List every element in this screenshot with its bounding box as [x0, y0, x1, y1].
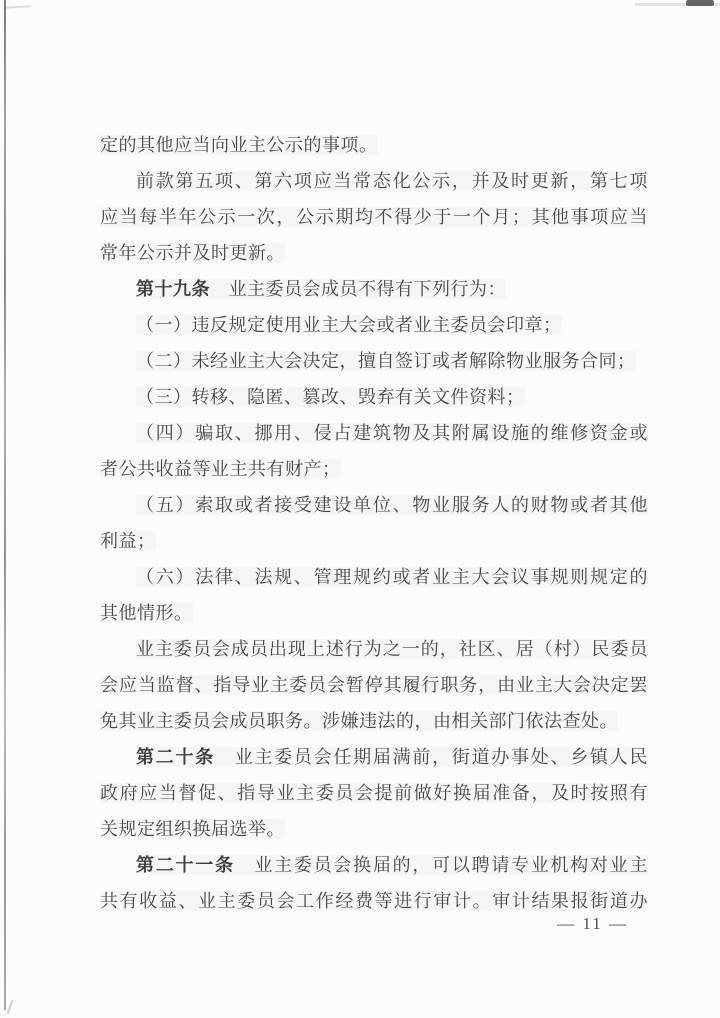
document-line: 免其业主委员会成员职务。涉嫌违法的，由相关部门依法查处。 [100, 703, 648, 739]
line-text: 关规定组织换届选举。 [100, 819, 285, 839]
line-text: （三）转移、隐匿、篡改、毁弃有关文件资料； [136, 387, 525, 407]
document-line: （二）未经业主大会决定，擅自签订或者解除物业服务合同； [100, 343, 648, 379]
document-line: 第二十一条 业主委员会换届的，可以聘请专业机构对业主 [100, 847, 648, 883]
scan-artifact-top-right-mark [686, 0, 714, 6]
line-text: 常年公示并及时更新。 [100, 243, 285, 263]
line-text: 其他情形。 [100, 603, 193, 623]
document-line: （三）转移、隐匿、篡改、毁弃有关文件资料； [100, 379, 648, 415]
line-text: （二）未经业主大会决定，擅自签订或者解除物业服务合同； [136, 351, 636, 371]
scan-artifact-bottom-left [7, 1000, 13, 1014]
line-text: 第二十一条 业主委员会换届的，可以聘请专业机构对业主 [136, 855, 648, 875]
document-line: 关规定组织换届选举。 [100, 811, 648, 847]
scan-artifact-top-left [6, 5, 30, 8]
document-line: 应当每半年公示一次，公示期均不得少于一个月；其他事项应当 [100, 199, 648, 235]
document-line: 政府应当督促、指导业主委员会提前做好换届准备，及时按照有 [100, 775, 648, 811]
document-line: （六）法律、法规、管理规约或者业主大会议事规则规定的 [100, 559, 648, 595]
line-text: 免其业主委员会成员职务。涉嫌违法的，由相关部门依法查处。 [100, 711, 618, 731]
line-text: 者公共收益等业主共有财产； [100, 459, 341, 479]
document-page: 定的其他应当向业主公示的事项。前款第五项、第六项应当常态化公示，并及时更新，第七… [0, 0, 720, 1018]
line-text: （六）法律、法规、管理规约或者业主大会议事规则规定的 [136, 567, 648, 587]
document-line: 第十九条 业主委员会成员不得有下列行为： [100, 271, 648, 307]
document-line: （一）违反规定使用业主大会或者业主委员会印章； [100, 307, 648, 343]
document-line: 其他情形。 [100, 595, 648, 631]
page-number: — 11 — [557, 913, 628, 935]
line-text: 利益； [100, 531, 156, 551]
line-text: 政府应当督促、指导业主委员会提前做好换届准备，及时按照有 [100, 783, 648, 803]
document-line: （四）骗取、挪用、侵占建筑物及其附属设施的维修资金或 [100, 415, 648, 451]
document-line: 第二十条 业主委员会任期届满前，街道办事处、乡镇人民 [100, 739, 648, 775]
document-line: 利益； [100, 523, 648, 559]
document-line: 业主委员会成员出现上述行为之一的，社区、居（村）民委员 [100, 631, 648, 667]
document-line: 前款第五项、第六项应当常态化公示，并及时更新，第七项 [100, 163, 648, 199]
article-number: 第十九条 [136, 279, 210, 299]
line-text: 定的其他应当向业主公示的事项。 [100, 135, 378, 155]
line-text: 应当每半年公示一次，公示期均不得少于一个月；其他事项应当 [100, 207, 648, 227]
line-text: （四）骗取、挪用、侵占建筑物及其附属设施的维修资金或 [136, 423, 648, 443]
line-text: 共有收益、业主委员会工作经费等进行审计。审计结果报街道办 [100, 891, 648, 911]
document-line: 常年公示并及时更新。 [100, 235, 648, 271]
article-number: 第二十一条 [136, 855, 235, 875]
line-text: 业主委员会成员出现上述行为之一的，社区、居（村）民委员 [136, 639, 648, 659]
article-number: 第二十条 [136, 747, 215, 767]
document-line: 会应当监督、指导业主委员会暂停其履行职务，由业主大会决定罢 [100, 667, 648, 703]
line-text: 第十九条 业主委员会成员不得有下列行为： [136, 279, 506, 299]
line-text: 会应当监督、指导业主委员会暂停其履行职务，由业主大会决定罢 [100, 675, 648, 695]
line-text: 第二十条 业主委员会任期届满前，街道办事处、乡镇人民 [136, 747, 648, 767]
scan-edge-artifact-left [4, 0, 6, 1010]
document-line: 定的其他应当向业主公示的事项。 [100, 127, 648, 163]
line-text: （五）索取或者接受建设单位、物业服务人的财物或者其他 [136, 495, 648, 515]
line-text: 前款第五项、第六项应当常态化公示，并及时更新，第七项 [136, 171, 648, 191]
line-text: （一）违反规定使用业主大会或者业主委员会印章； [136, 315, 562, 335]
document-line: 者公共收益等业主共有财产； [100, 451, 648, 487]
document-line: （五）索取或者接受建设单位、物业服务人的财物或者其他 [100, 487, 648, 523]
document-body: 定的其他应当向业主公示的事项。前款第五项、第六项应当常态化公示，并及时更新，第七… [100, 127, 648, 919]
